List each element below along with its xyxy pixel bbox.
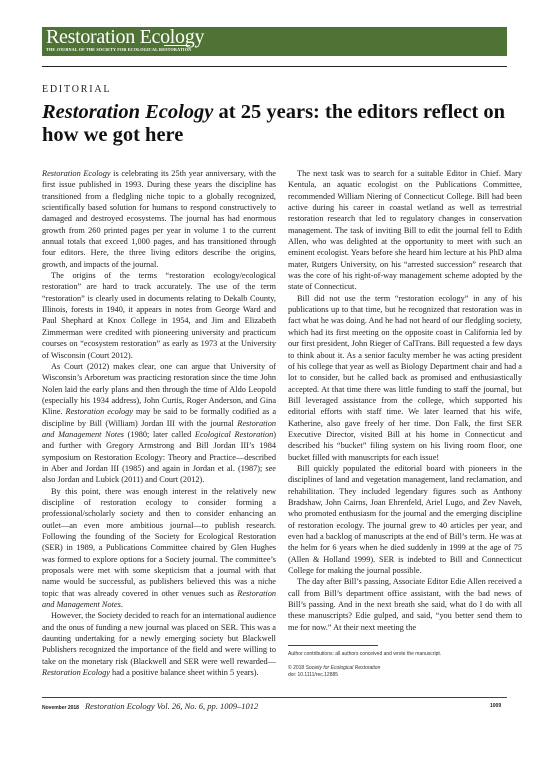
right-column: The next task was to search for a suitab… xyxy=(288,168,522,633)
italic-text: Restoration Ecology xyxy=(42,668,110,677)
author-contributions: Author contributions: all authors concei… xyxy=(288,651,528,658)
paragraph-text: (1980; later called xyxy=(124,430,195,439)
paragraph: The day after Bill’s passing, Associate … xyxy=(288,576,522,633)
journal-citation: Restoration Ecology Vol. 26, No. 6, pp. … xyxy=(85,701,258,711)
italic-text: Ecological Restoration xyxy=(195,430,273,439)
paragraph: However, the Society decided to reach fo… xyxy=(42,610,276,678)
paragraph-text: is celebrating its 25th year anniversary… xyxy=(42,169,276,269)
paragraph-text: . xyxy=(121,600,123,609)
paragraph-text: had a positive balance sheet within 5 ye… xyxy=(110,668,259,677)
paragraph: Restoration Ecology is celebrating its 2… xyxy=(42,168,276,270)
left-column: Restoration Ecology is celebrating its 2… xyxy=(42,168,276,678)
copyright-line: © 2018 Society for Ecological Restoratio… xyxy=(288,665,528,672)
page-footer: November 2018 Restoration Ecology Vol. 2… xyxy=(42,701,258,711)
italic-text: Restoration ecology xyxy=(66,407,134,416)
doi-link[interactable]: doi: 10.1111/rec.12885 xyxy=(288,672,528,679)
copyright-holder: Society for Ecological Restoration xyxy=(306,665,381,671)
article-title-italic: Restoration Ecology xyxy=(42,101,213,123)
article-title: Restoration Ecology at 25 years: the edi… xyxy=(42,101,512,147)
paragraph: Bill quickly populated the editorial boa… xyxy=(288,463,522,576)
paragraph: As Court (2012) makes clear, one can arg… xyxy=(42,361,276,486)
journal-title-underline xyxy=(164,45,190,46)
footnote-rule xyxy=(288,645,378,646)
page-number: 1009 xyxy=(490,703,501,709)
paragraph: The origins of the terms “restoration ec… xyxy=(42,270,276,361)
header-rule xyxy=(42,66,507,67)
section-label: EDITORIAL xyxy=(42,84,111,95)
paragraph: Bill did not use the term “restoration e… xyxy=(288,293,522,463)
journal-name-italic: Restoration Ecology xyxy=(42,169,111,178)
journal-banner: Restoration Ecology THE JOURNAL OF THE S… xyxy=(42,27,507,56)
copyright-prefix: © 2018 xyxy=(288,665,306,671)
paragraph-text: However, the Society decided to reach fo… xyxy=(42,611,276,665)
footer-rule xyxy=(42,697,507,698)
journal-subtitle: THE JOURNAL OF THE SOCIETY FOR ECOLOGICA… xyxy=(46,47,191,52)
paragraph: The next task was to search for a suitab… xyxy=(288,168,522,293)
journal-title: Restoration Ecology xyxy=(46,27,204,47)
paragraph: By this point, there was enough interest… xyxy=(42,486,276,611)
paragraph-text: By this point, there was enough interest… xyxy=(42,487,276,598)
issue-month: November 2018 xyxy=(42,705,79,711)
